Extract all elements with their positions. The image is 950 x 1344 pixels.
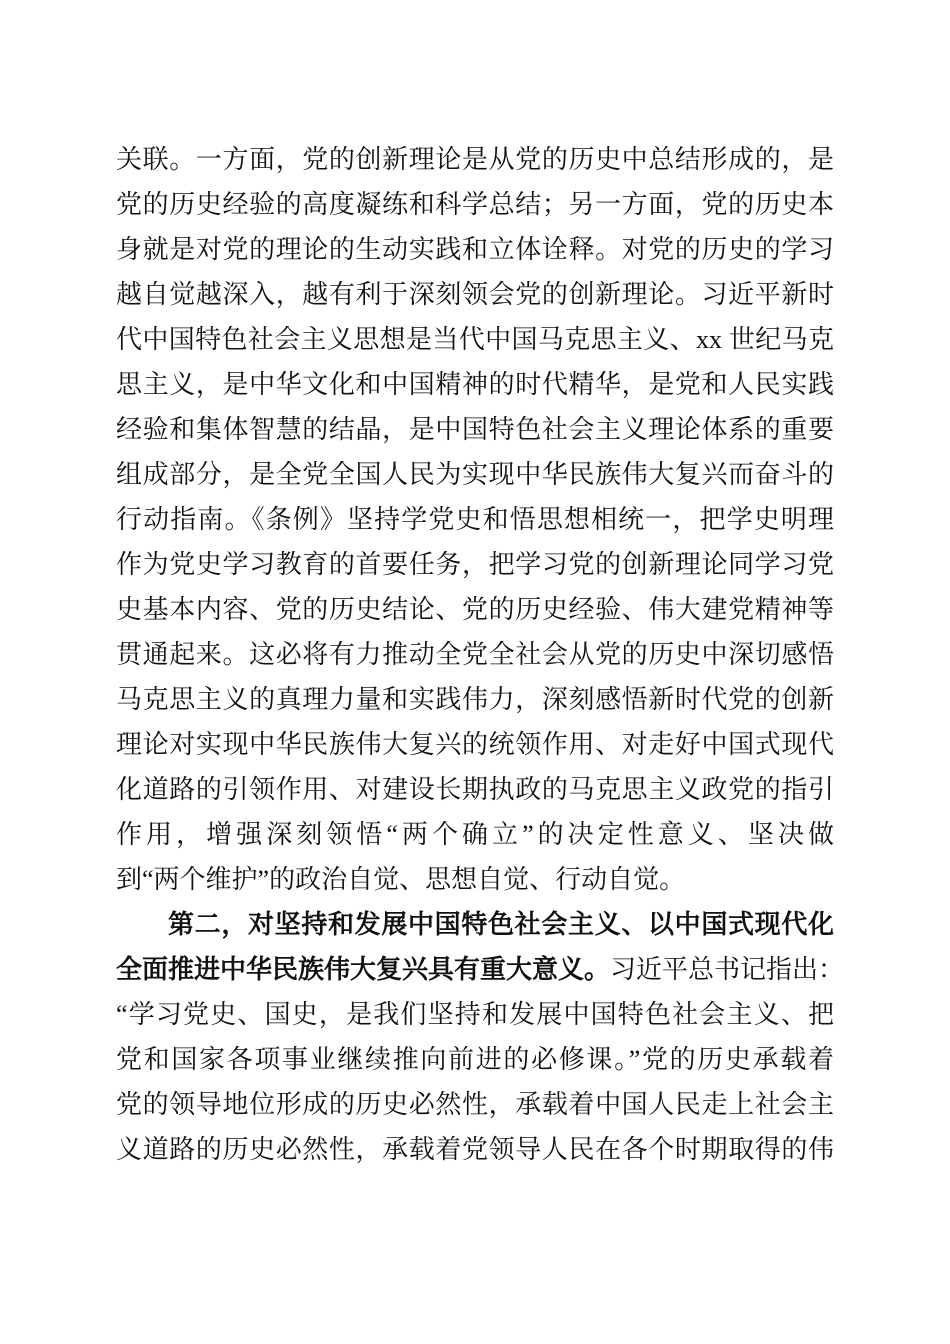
text-line: 越自觉越深入，越有利于深刻领会党的创新理论。习近平新时 [116,272,834,317]
text-line: “学习党史、国史，是我们坚持和发展中国特色社会主义、把 [116,992,834,1037]
text-line: 化道路的引领作用、对建设长期执政的马克思主义政党的指引 [116,767,834,812]
text-line: 义道路的历史必然性，承载着党领导人民在各个时期取得的伟 [116,1127,834,1172]
text-line: 关联。一方面，党的创新理论是从党的历史中总结形成的，是 [116,137,834,182]
text-run: 越自觉越深入，越有利于深刻领会党的创新理论。习近平新时 [116,280,834,309]
bold-text-run: 全面推进中华民族伟大复兴具有重大意义。 [116,955,610,984]
text-line: 党的领导地位形成的历史必然性，承载着中国人民走上社会主 [116,1082,834,1127]
text-line: 作为党史学习教育的首要任务，把学习党的创新理论同学习党 [116,542,834,587]
text-run: 组成部分，是全党全国人民为实现中华民族伟大复兴而奋斗的 [116,460,834,489]
text-line: 党的历史经验的高度凝练和科学总结；另一方面，党的历史本 [116,182,834,227]
text-line: 身就是对党的理论的生动实践和立体诠释。对党的历史的学习 [116,227,834,272]
text-run: 习近平总书记指出： [610,955,834,984]
paragraph-2: 第二，对坚持和发展中国特色社会主义、以中国式现代化全面推进中华民族伟大复兴具有重… [116,902,834,1172]
text-run: 行动指南。《条例》坚持学党史和悟思想相统一，把学史明理 [116,505,834,534]
text-run: 马克思主义的真理力量和实践伟力，深刻感悟新时代党的创新 [116,685,834,714]
text-line: 代中国特色社会主义思想是当代中国马克思主义、xx 世纪马克 [116,317,834,362]
text-run: 党的领导地位形成的历史必然性，承载着中国人民走上社会主 [116,1090,834,1119]
text-run: 经验和集体智慧的结晶，是中国特色社会主义理论体系的重要 [116,415,834,444]
text-run: 身就是对党的理论的生动实践和立体诠释。对党的历史的学习 [116,235,834,264]
text-line: 全面推进中华民族伟大复兴具有重大意义。习近平总书记指出： [116,947,834,992]
text-run: 史基本内容、党的历史结论、党的历史经验、伟大建党精神等 [116,595,834,624]
text-line: 行动指南。《条例》坚持学党史和悟思想相统一，把学史明理 [116,497,834,542]
text-line: 第二，对坚持和发展中国特色社会主义、以中国式现代化 [116,902,834,947]
text-line: 经验和集体智慧的结晶，是中国特色社会主义理论体系的重要 [116,407,834,452]
text-run: 关联。一方面，党的创新理论是从党的历史中总结形成的，是 [116,145,834,174]
text-run: 化道路的引领作用、对建设长期执政的马克思主义政党的指引 [116,775,834,804]
text-run: 思主义，是中华文化和中国精神的时代精华，是党和人民实践 [116,370,834,399]
text-run: 理论对实现中华民族伟大复兴的统领作用、对走好中国式现代 [116,730,834,759]
text-run: 代中国特色社会主义思想是当代中国马克思主义、xx 世纪马克 [116,325,834,354]
text-line: 思主义，是中华文化和中国精神的时代精华，是党和人民实践 [116,362,834,407]
text-run: 贯通起来。这必将有力推动全党全社会从党的历史中深切感悟 [116,640,834,669]
text-run: 作为党史学习教育的首要任务，把学习党的创新理论同学习党 [116,550,834,579]
text-line: 组成部分，是全党全国人民为实现中华民族伟大复兴而奋斗的 [116,452,834,497]
text-run: 到“两个维护”的政治自觉、思想自觉、行动自觉。 [116,865,685,894]
text-line: 党和国家各项事业继续推向前进的必修课。”党的历史承载着 [116,1037,834,1082]
text-block: 关联。一方面，党的创新理论是从党的历史中总结形成的，是党的历史经验的高度凝练和科… [116,137,834,1172]
text-line: 作用，增强深刻领悟“两个确立”的决定性意义、坚决做 [116,812,834,857]
text-line: 马克思主义的真理力量和实践伟力，深刻感悟新时代党的创新 [116,677,834,722]
text-line: 理论对实现中华民族伟大复兴的统领作用、对走好中国式现代 [116,722,834,767]
text-line: 史基本内容、党的历史结论、党的历史经验、伟大建党精神等 [116,587,834,632]
text-line: 贯通起来。这必将有力推动全党全社会从党的历史中深切感悟 [116,632,834,677]
text-run: 作用，增强深刻领悟“两个确立”的决定性意义、坚决做 [116,820,834,849]
text-line: 到“两个维护”的政治自觉、思想自觉、行动自觉。 [116,857,834,902]
document-page: 关联。一方面，党的创新理论是从党的历史中总结形成的，是党的历史经验的高度凝练和科… [0,0,950,1344]
bold-text-run: 第二，对坚持和发展中国特色社会主义、以中国式现代化 [168,910,834,939]
text-run: “学习党史、国史，是我们坚持和发展中国特色社会主义、把 [116,1000,834,1029]
text-run: 党的历史经验的高度凝练和科学总结；另一方面，党的历史本 [116,190,834,219]
text-run: 义道路的历史必然性，承载着党领导人民在各个时期取得的伟 [116,1135,834,1164]
text-run: 党和国家各项事业继续推向前进的必修课。”党的历史承载着 [116,1045,834,1074]
paragraph-1: 关联。一方面，党的创新理论是从党的历史中总结形成的，是党的历史经验的高度凝练和科… [116,137,834,902]
